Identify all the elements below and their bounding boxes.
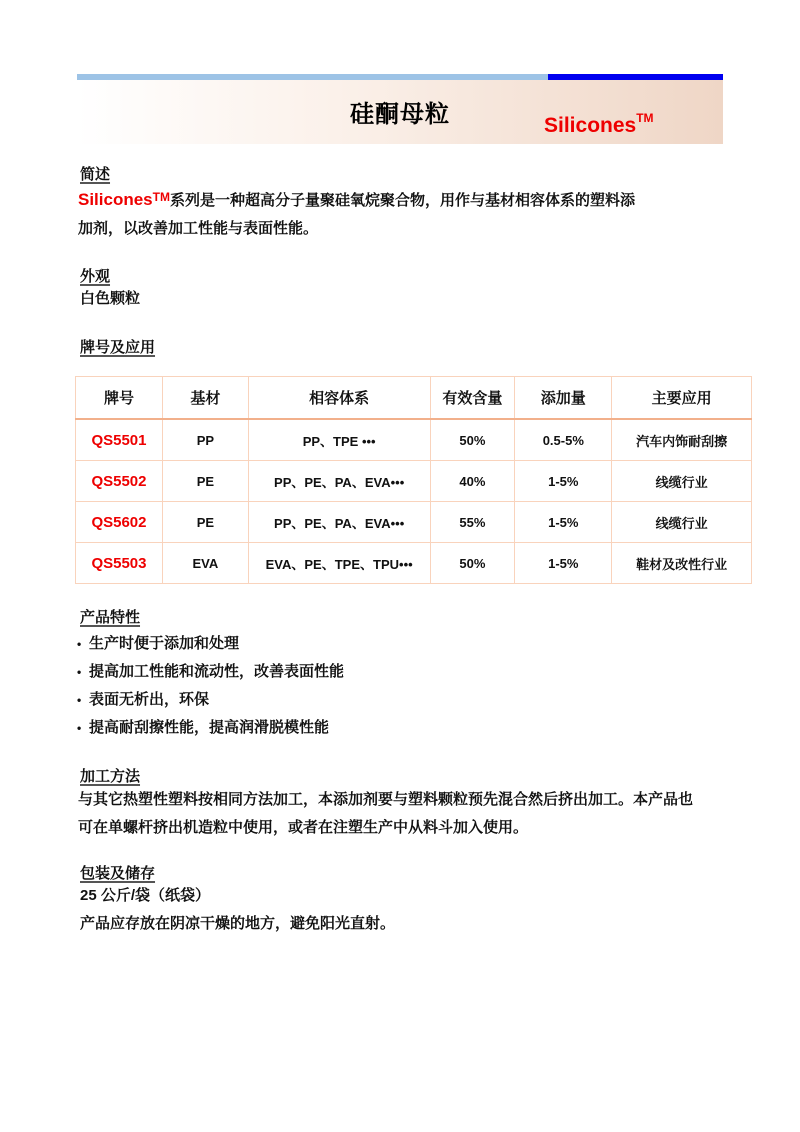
processing-line-1: 与其它热塑性塑料按相同方法加工，本添加剂要与塑料颗粒预先混合然后挤出加工。本产品… [78, 786, 693, 814]
brand-logo-text: SiliconesTM [544, 114, 654, 138]
list-item: 表面无析出，环保 [77, 686, 344, 714]
packaging-text: 25 公斤/袋（纸袋） 产品应存放在阴凉干燥的地方，避免阳光直射。 [80, 882, 395, 938]
main-application: 线缆行业 [612, 502, 752, 543]
summary-line-2: 加剂，以改善加工性能与表面性能。 [78, 215, 635, 243]
dosage: 1-5% [515, 461, 612, 502]
section-heading-appearance: 外观 [80, 265, 110, 286]
compatible-system: EVA、PE、TPE、TPU••• [248, 543, 430, 584]
dosage: 1-5% [515, 543, 612, 584]
dosage: 1-5% [515, 502, 612, 543]
section-heading-summary: 简述 [80, 163, 110, 184]
base-material: EVA [162, 543, 248, 584]
grade-code: QS5602 [76, 502, 163, 543]
trademark: TM [636, 111, 653, 125]
section-heading-features: 产品特性 [80, 606, 140, 627]
base-material: PP [162, 419, 248, 461]
brand-name: Silicones [544, 114, 636, 137]
active-content: 50% [430, 543, 515, 584]
dosage: 0.5-5% [515, 419, 612, 461]
list-item: 提高耐刮擦性能，提高润滑脱模性能 [77, 714, 344, 742]
processing-text: 与其它热塑性塑料按相同方法加工，本添加剂要与塑料颗粒预先混合然后挤出加工。本产品… [78, 786, 693, 842]
grade-code: QS5502 [76, 461, 163, 502]
summary-text: SiliconesTM系列是一种超高分子量聚硅氧烷聚合物，用作与基材相容体系的塑… [78, 186, 635, 243]
section-heading-grades: 牌号及应用 [80, 336, 155, 357]
table-row: QS5501 PP PP、TPE ••• 50% 0.5-5% 汽车内饰耐刮擦 [76, 419, 752, 461]
summary-line-1: SiliconesTM系列是一种超高分子量聚硅氧烷聚合物，用作与基材相容体系的塑… [78, 186, 635, 215]
list-item: 生产时便于添加和处理 [77, 630, 344, 658]
compatible-system: PP、TPE ••• [248, 419, 430, 461]
table-header-row: 牌号 基材 相容体系 有效含量 添加量 主要应用 [76, 377, 752, 420]
active-content: 50% [430, 419, 515, 461]
main-application: 线缆行业 [612, 461, 752, 502]
column-header: 相容体系 [248, 377, 430, 420]
section-heading-processing: 加工方法 [80, 765, 140, 786]
section-heading-packaging: 包装及储存 [80, 862, 155, 883]
column-header: 添加量 [515, 377, 612, 420]
column-header: 牌号 [76, 377, 163, 420]
appearance-text: 白色颗粒 [80, 285, 140, 313]
compatible-system: PP、PE、PA、EVA••• [248, 502, 430, 543]
grade-code: QS5503 [76, 543, 163, 584]
active-content: 55% [430, 502, 515, 543]
packaging-line-1: 25 公斤/袋（纸袋） [80, 882, 395, 910]
compatible-system: PP、PE、PA、EVA••• [248, 461, 430, 502]
trademark: TM [153, 190, 170, 204]
table-row: QS5502 PE PP、PE、PA、EVA••• 40% 1-5% 线缆行业 [76, 461, 752, 502]
main-application: 汽车内饰耐刮擦 [612, 419, 752, 461]
brand-name: Silicones [78, 190, 153, 209]
column-header: 有效含量 [430, 377, 515, 420]
grade-code: QS5501 [76, 419, 163, 461]
column-header: 基材 [162, 377, 248, 420]
table-row: QS5602 PE PP、PE、PA、EVA••• 55% 1-5% 线缆行业 [76, 502, 752, 543]
packaging-line-2: 产品应存放在阴凉干燥的地方，避免阳光直射。 [80, 910, 395, 938]
main-application: 鞋材及改性行业 [612, 543, 752, 584]
column-header: 主要应用 [612, 377, 752, 420]
title-banner: 硅酮母粒 SiliconesTM [77, 80, 723, 144]
grades-table: 牌号 基材 相容体系 有效含量 添加量 主要应用 QS5501 PP PP、TP… [75, 376, 752, 584]
active-content: 40% [430, 461, 515, 502]
table-row: QS5503 EVA EVA、PE、TPE、TPU••• 50% 1-5% 鞋材… [76, 543, 752, 584]
summary-line-1-text: 系列是一种超高分子量聚硅氧烷聚合物，用作与基材相容体系的塑料添 [170, 192, 635, 209]
list-item: 提高加工性能和流动性，改善表面性能 [77, 658, 344, 686]
base-material: PE [162, 461, 248, 502]
base-material: PE [162, 502, 248, 543]
processing-line-2: 可在单螺杆挤出机造粒中使用，或者在注塑生产中从料斗加入使用。 [78, 814, 693, 842]
features-list: 生产时便于添加和处理 提高加工性能和流动性，改善表面性能 表面无析出，环保 提高… [77, 630, 344, 742]
